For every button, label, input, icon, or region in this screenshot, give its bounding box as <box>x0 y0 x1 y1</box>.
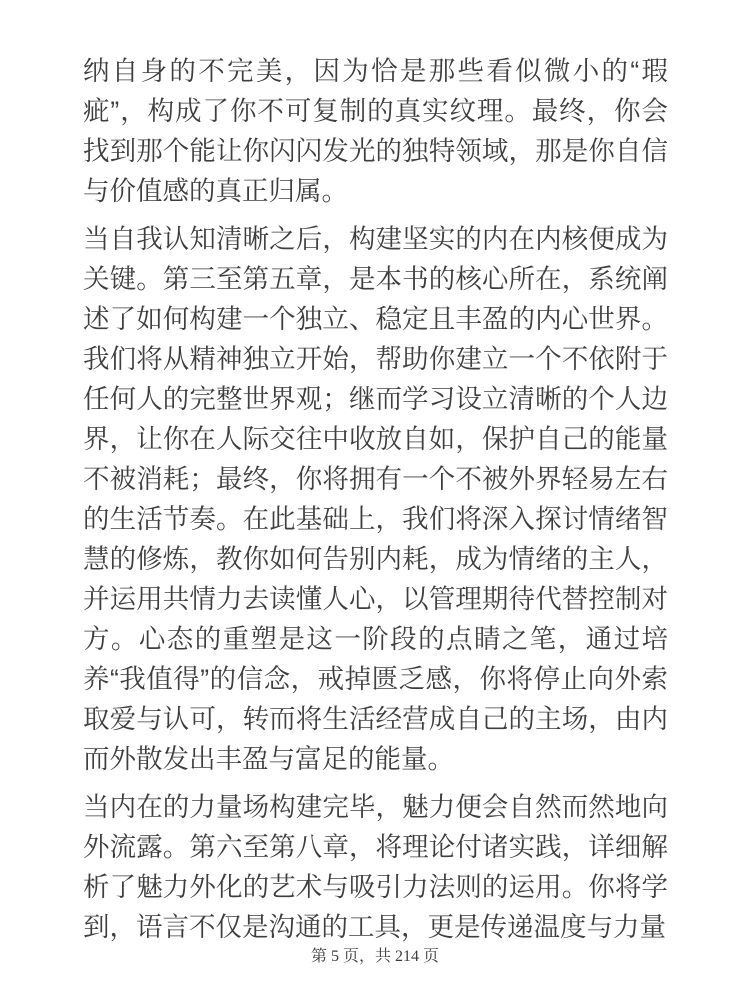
page-number-footer: 第 5 页，共 214 页 <box>0 947 750 967</box>
paragraph-2: 当自我认知清晰之后，构建坚实的内在内核便成为关键。第三至第五章，是本书的核心所在… <box>83 219 668 779</box>
document-page: 纳自身的不完美，因为恰是那些看似微小的“瑕疵”，构成了你不可复制的真实纹理。最终… <box>0 0 750 1000</box>
paragraph-3: 当内在的力量场构建完毕，魅力便会自然而然地向外流露。第六至第八章，将理论付诸实践… <box>83 787 668 947</box>
document-content: 纳自身的不完美，因为恰是那些看似微小的“瑕疵”，构成了你不可复制的真实纹理。最终… <box>83 51 668 955</box>
paragraph-1: 纳自身的不完美，因为恰是那些看似微小的“瑕疵”，构成了你不可复制的真实纹理。最终… <box>83 51 668 211</box>
